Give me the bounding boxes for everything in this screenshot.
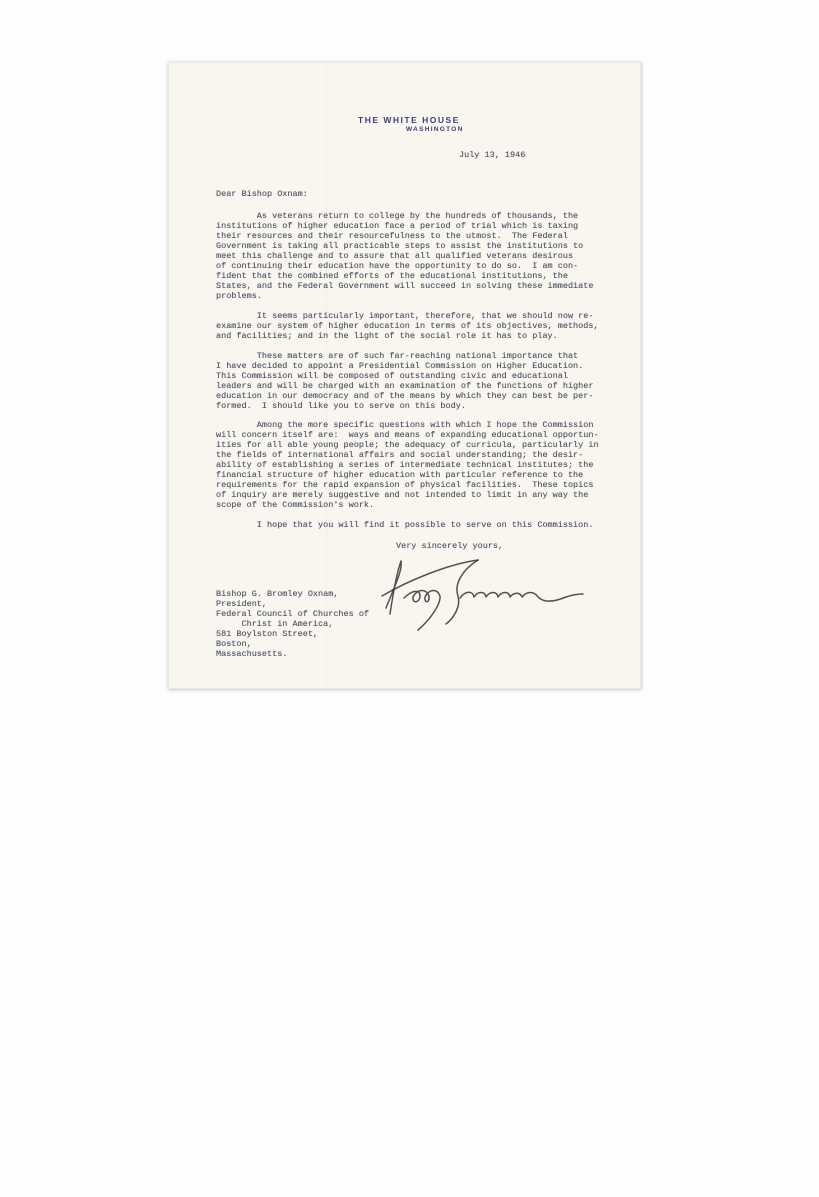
letter-body: Dear Bishop Oxnam: As veterans return to… xyxy=(216,189,606,530)
paragraph-2: It seems particularly important, therefo… xyxy=(216,311,606,341)
paragraph-5: I hope that you will find it possible to… xyxy=(216,520,606,530)
date-line: July 13, 1946 xyxy=(459,150,525,160)
paragraph-4: Among the more specific questions with w… xyxy=(216,420,606,510)
paragraph-1: As veterans return to college by the hun… xyxy=(216,211,606,301)
letterhead-subtitle: WASHINGTON xyxy=(406,126,464,133)
letterhead-title: THE WHITE HOUSE xyxy=(358,115,460,125)
paragraph-3: These matters are of such far-reaching n… xyxy=(216,351,606,411)
scan-background: THE WHITE HOUSE WASHINGTON July 13, 1946… xyxy=(0,0,819,1197)
salutation: Dear Bishop Oxnam: xyxy=(216,189,606,199)
recipient-address: Bishop G. Bromley Oxnam, President, Fede… xyxy=(216,589,369,659)
letter-paper: THE WHITE HOUSE WASHINGTON July 13, 1946… xyxy=(168,62,641,689)
handwritten-signature-icon xyxy=(374,546,589,641)
